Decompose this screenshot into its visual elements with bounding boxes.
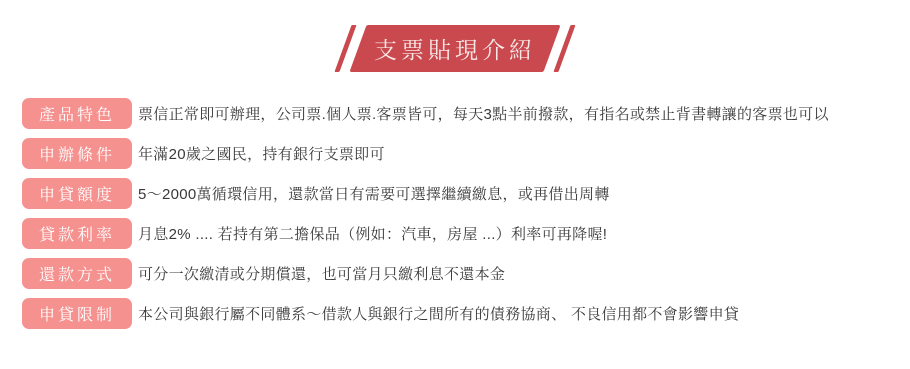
row-loan-restrictions: 申貸限制 本公司與銀行屬不同體系～借款人與銀行之間所有的債務協商、 不良信用都不…: [22, 298, 910, 329]
page-title: 支票貼現介紹: [374, 32, 536, 65]
loan-interest-rate-text: 月息2% .... 若持有第二擔保品（例如：汽車，房屋 ...）利率可再降喔!: [138, 223, 607, 244]
info-list: 產品特色 票信正常即可辦理，公司票.個人票.客票皆可，每天3點半前撥款，有指名或…: [22, 98, 910, 329]
application-conditions-chip[interactable]: 申辦條件: [22, 138, 132, 169]
section-header: 支票貼現介紹: [0, 25, 910, 72]
product-features-text: 票信正常即可辦理，公司票.個人票.客票皆可，每天3點半前撥款，有指名或禁止背書轉…: [138, 103, 829, 124]
loan-restrictions-chip[interactable]: 申貸限制: [22, 298, 132, 329]
row-loan-amount: 申貸額度 5～2000萬循環信用，還款當日有需要可選擇繼續繳息，或再借出周轉: [22, 178, 910, 209]
loan-interest-rate-chip[interactable]: 貸款利率: [22, 218, 132, 249]
row-application-conditions: 申辦條件 年滿20歲之國民，持有銀行支票即可: [22, 138, 910, 169]
row-loan-interest-rate: 貸款利率 月息2% .... 若持有第二擔保品（例如：汽車，房屋 ...）利率可…: [22, 218, 910, 249]
loan-restrictions-text: 本公司與銀行屬不同體系～借款人與銀行之間所有的債務協商、 不良信用都不會影響申貸: [138, 303, 739, 324]
loan-amount-chip[interactable]: 申貸額度: [22, 178, 132, 209]
product-features-chip[interactable]: 產品特色: [22, 98, 132, 129]
row-product-features: 產品特色 票信正常即可辦理，公司票.個人票.客票皆可，每天3點半前撥款，有指名或…: [22, 98, 910, 129]
application-conditions-text: 年滿20歲之國民，持有銀行支票即可: [138, 143, 385, 164]
row-repayment-method: 還款方式 可分一次繳清或分期償還，也可當月只繳利息不還本金: [22, 258, 910, 289]
loan-amount-text: 5～2000萬循環信用，還款當日有需要可選擇繼續繳息，或再借出周轉: [138, 183, 610, 204]
banner: 支票貼現介紹: [349, 25, 560, 72]
repayment-method-text: 可分一次繳清或分期償還，也可當月只繳利息不還本金: [138, 263, 505, 284]
repayment-method-chip[interactable]: 還款方式: [22, 258, 132, 289]
